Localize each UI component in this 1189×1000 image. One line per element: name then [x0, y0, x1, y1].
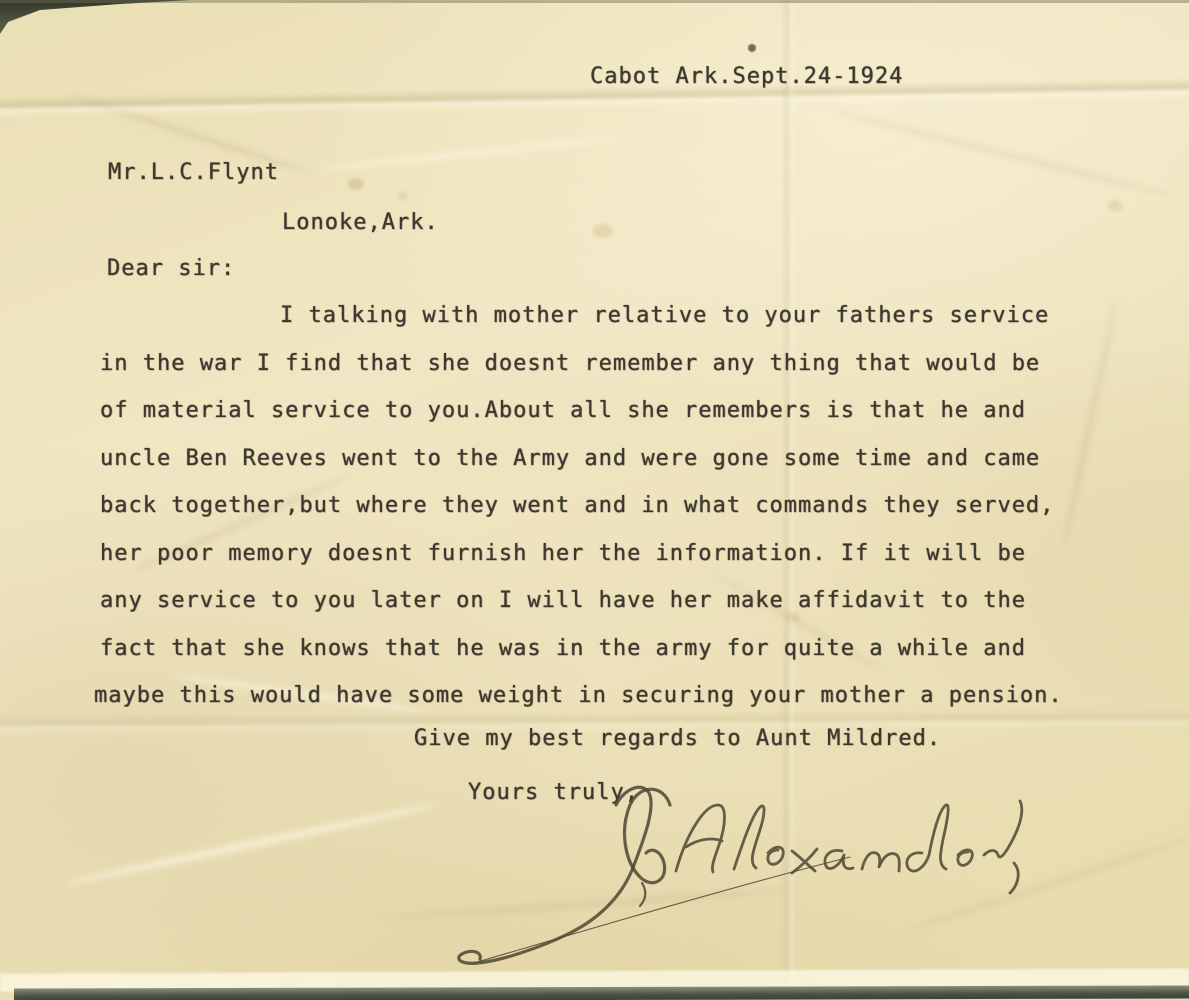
- letter-body: I talking with mother relative to your f…: [100, 292, 1063, 720]
- recipient-name: Mr.L.C.Flynt: [108, 160, 279, 185]
- signature-stroke: [676, 801, 1022, 893]
- dateline: Cabot Ark.Sept.24-1924: [590, 64, 903, 89]
- signature-jc-alexander: J.C.Alexander,: [430, 765, 1150, 1000]
- stain-spot: [398, 192, 408, 200]
- wrinkle-line: [834, 108, 1176, 200]
- body-line: uncle Ben Reeves went to the Army and we…: [100, 435, 1063, 483]
- body-line: her poor memory doesnt furnish her the i…: [100, 530, 1063, 578]
- signature-stroke: [640, 883, 645, 906]
- wrinkle-line: [63, 801, 437, 889]
- body-line: in the war I find that she doesnt rememb…: [100, 340, 1063, 388]
- body-line: of material service to you.About all she…: [100, 387, 1063, 435]
- scanner-corner: [0, 0, 200, 34]
- stain-spot: [1108, 200, 1122, 212]
- letter-scan: Cabot Ark.Sept.24-1924 Mr.L.C.Flynt Lono…: [0, 0, 1189, 1000]
- body-line: I talking with mother relative to your f…: [100, 292, 1063, 340]
- top-edge-line: [0, 0, 1189, 3]
- regards-line: Give my best regards to Aunt Mildred.: [414, 726, 941, 751]
- signature-stroke: [459, 787, 651, 963]
- stain-spot: [348, 178, 364, 190]
- wrinkle-line: [1059, 296, 1121, 552]
- body-line: maybe this would have some weight in sec…: [94, 672, 1063, 720]
- stain-spot: [593, 224, 613, 238]
- body-line: any service to you later on I will have …: [100, 577, 1063, 625]
- wrinkle-line: [320, 134, 619, 172]
- body-line: back together,but where they went and in…: [100, 482, 1063, 530]
- salutation: Dear sir:: [107, 256, 235, 281]
- recipient-address: Lonoke,Ark.: [282, 210, 439, 235]
- body-line: fact that she knows that he was in the a…: [100, 625, 1063, 673]
- ink-dot: [748, 44, 756, 52]
